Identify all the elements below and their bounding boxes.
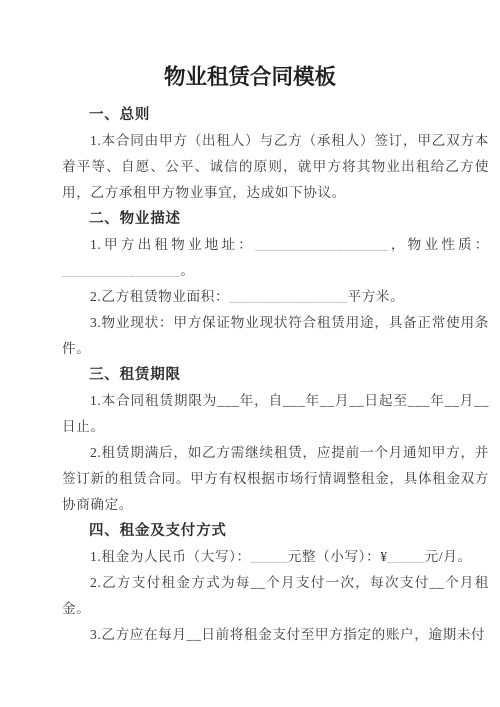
paragraph: 2.乙方租赁物业面积：________________平方米。 [62, 284, 489, 310]
paragraph: 1.甲方出租物业地址：__________________，物业性质：_____… [62, 232, 489, 284]
paragraph: 2.租赁期满后，如乙方需继续租赁，应提前一个月通知甲方，并签订新的租赁合同。甲方… [62, 440, 489, 518]
section-lease-term: 三、租赁期限 1.本合同租赁期限为___年，自___年__月__日起至___年_… [62, 362, 489, 518]
section-property-description: 二、物业描述 1.甲方出租物业地址：__________________，物业性… [62, 206, 489, 362]
blank-field: __________________ [255, 237, 388, 252]
section-heading: 三、租赁期限 [62, 362, 489, 388]
document-title: 物业租赁合同模板 [0, 0, 500, 92]
paragraph: 1.租金为人民币（大写）：_____元整（小写）：¥_____元/月。 [62, 544, 489, 570]
blank-field: _____ [251, 549, 288, 564]
paragraph: 1.本合同租赁期限为___年，自___年__月__日起至___年__月__日止。 [62, 388, 489, 440]
section-heading: 一、总则 [62, 102, 489, 128]
paragraph: 2.乙方支付租金方式为每__个月支付一次，每次支付__个月租金。 [62, 570, 489, 622]
blank-field: _____ [388, 549, 425, 564]
section-heading: 四、租金及支付方式 [62, 518, 489, 544]
paragraph: 1.本合同由甲方（出租人）与乙方（承租人）签订，甲乙双方本着平等、自愿、公平、诚… [62, 128, 489, 206]
paragraph: 3.乙方应在每月__日前将租金支付至甲方指定的账户，逾期未付 [62, 622, 489, 648]
document-body: 一、总则 1.本合同由甲方（出租人）与乙方（承租人）签订，甲乙双方本着平等、自愿… [62, 102, 489, 648]
blank-field: ________________ [62, 263, 180, 278]
section-heading: 二、物业描述 [62, 206, 489, 232]
section-rent-and-payment: 四、租金及支付方式 1.租金为人民币（大写）：_____元整（小写）：¥____… [62, 518, 489, 648]
section-general-provisions: 一、总则 1.本合同由甲方（出租人）与乙方（承租人）签订，甲乙双方本着平等、自愿… [62, 102, 489, 206]
document-page: 物业租赁合同模板 一、总则 1.本合同由甲方（出租人）与乙方（承租人）签订，甲乙… [0, 0, 500, 707]
paragraph: 3.物业现状：甲方保证物业现状符合租赁用途，具备正常使用条件。 [62, 310, 489, 362]
blank-field: ________________ [229, 289, 347, 304]
